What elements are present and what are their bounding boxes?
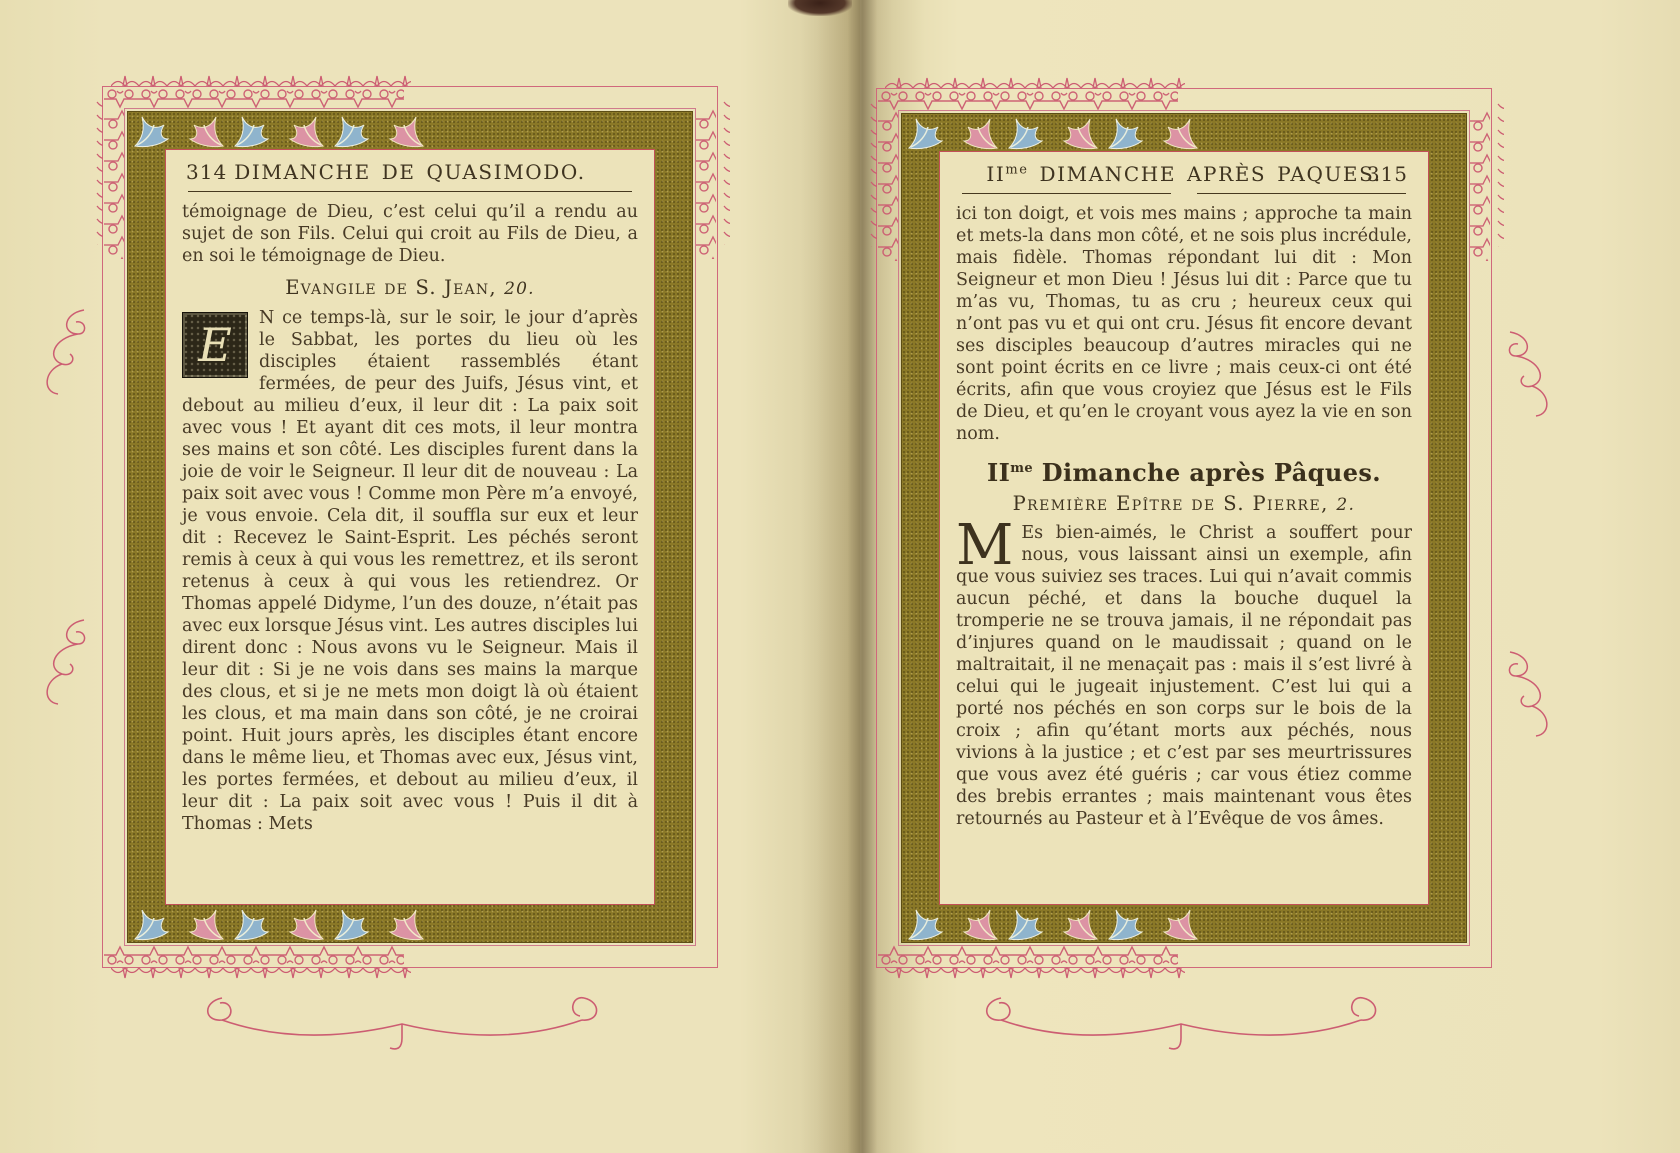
scroll-flourish-icon	[1502, 328, 1566, 424]
left-page: 314 DIMANCHE DE QUASIMODO. témoignage de…	[102, 86, 718, 968]
head-rule	[188, 191, 632, 192]
binding-stitch-hole	[856, 795, 865, 804]
left-running-title: DIMANCHE DE QUASIMODO.	[234, 160, 585, 184]
right-page-number: 315	[1367, 162, 1408, 186]
intro-fragment-paragraph: témoignage de Dieu, c’est celui qu’il a …	[182, 201, 638, 267]
pink-ornament-right	[695, 109, 716, 259]
pink-ornamental-border: IIme DIMANCHE APRÈS PAQUES. 315 ici ton …	[876, 88, 1492, 968]
acanthus-leaves-bottom	[129, 906, 429, 941]
book-spread: 314 DIMANCHE DE QUASIMODO. témoignage de…	[0, 0, 1680, 1153]
right-running-title: IIme DIMANCHE APRÈS PAQUES.	[986, 162, 1381, 186]
acanthus-leaves-top	[129, 113, 429, 148]
pink-ornament-bottom	[878, 945, 1178, 966]
hanging-flourish-icon	[971, 990, 1391, 1054]
gospel-heading-text: Evangile de S. Jean,	[285, 276, 496, 299]
pink-ornament-top	[878, 90, 1178, 111]
right-text-block: IIme DIMANCHE APRÈS PAQUES. 315 ici ton …	[939, 151, 1429, 905]
crest-border-top	[885, 76, 1185, 89]
initial-M: M	[956, 522, 1013, 566]
left-running-head: 314 DIMANCHE DE QUASIMODO.	[182, 160, 638, 188]
gospel-continuation-paragraph: ici ton doigt, et vois mes mains ; appro…	[956, 203, 1412, 445]
scroll-flourish-icon	[28, 306, 92, 402]
gospel-paragraph: EN ce temps-là, sur le soir, le jour d’a…	[182, 307, 638, 835]
left-page-number: 314	[186, 160, 227, 184]
acanthus-leaves-left	[903, 115, 938, 265]
crest-border-left	[864, 97, 877, 247]
spine-top-edge	[788, 0, 852, 16]
crest-border-right	[1491, 97, 1504, 247]
epistle-paragraph: MEs bien-aimés, le Christ a souffert pou…	[956, 522, 1412, 830]
acanthus-leaves-right	[656, 113, 691, 263]
scroll-flourish-icon	[28, 616, 92, 712]
binding-stitch-hole	[858, 300, 867, 309]
crest-border-bottom	[111, 967, 411, 980]
hanging-flourish-icon	[192, 990, 612, 1054]
epistle-section-heading: Première Epître de S. Pierre, 2.	[956, 492, 1412, 515]
epistle-chapter-ref: 2.	[1336, 495, 1355, 515]
gospel-text: N ce temps-là, sur le soir, le jour d’ap…	[182, 308, 638, 834]
crest-border-top	[111, 74, 411, 87]
scroll-flourish-icon	[1502, 648, 1566, 744]
gospel-section-heading: Evangile de S. Jean, 20.	[182, 276, 638, 299]
sunday-heading: IIme Dimanche après Pâques.	[956, 458, 1412, 487]
acanthus-leaves-top	[903, 115, 1203, 150]
epistle-text: Es bien-aimés, le Christ a souffert pour…	[956, 523, 1412, 829]
acanthus-leaves-left	[129, 113, 164, 263]
acanthus-leaves-right	[1430, 115, 1465, 265]
left-text-block: 314 DIMANCHE DE QUASIMODO. témoignage de…	[165, 149, 655, 905]
epistle-heading-text: Première Epître de S. Pierre,	[1013, 492, 1329, 515]
pink-ornament-top	[104, 88, 404, 109]
right-running-head: IIme DIMANCHE APRÈS PAQUES. 315	[956, 162, 1412, 190]
gold-acanthus-border: IIme DIMANCHE APRÈS PAQUES. 315 ici ton …	[901, 113, 1467, 943]
gospel-chapter-ref: 20.	[504, 279, 535, 299]
head-rule	[962, 193, 1406, 194]
acanthus-leaves-bottom	[903, 906, 1203, 941]
crest-border-left	[90, 95, 103, 245]
pink-ornament-left	[878, 111, 899, 261]
right-page: IIme DIMANCHE APRÈS PAQUES. 315 ici ton …	[876, 88, 1492, 968]
pink-ornament-bottom	[104, 945, 404, 966]
ornate-initial-E: E	[182, 312, 248, 378]
gold-acanthus-border: 314 DIMANCHE DE QUASIMODO. témoignage de…	[127, 111, 693, 943]
crest-border-bottom	[885, 967, 1185, 980]
crest-border-right	[717, 95, 730, 245]
pink-ornament-left	[104, 109, 125, 259]
pink-ornament-right	[1469, 111, 1490, 261]
pink-ornamental-border: 314 DIMANCHE DE QUASIMODO. témoignage de…	[102, 86, 718, 968]
